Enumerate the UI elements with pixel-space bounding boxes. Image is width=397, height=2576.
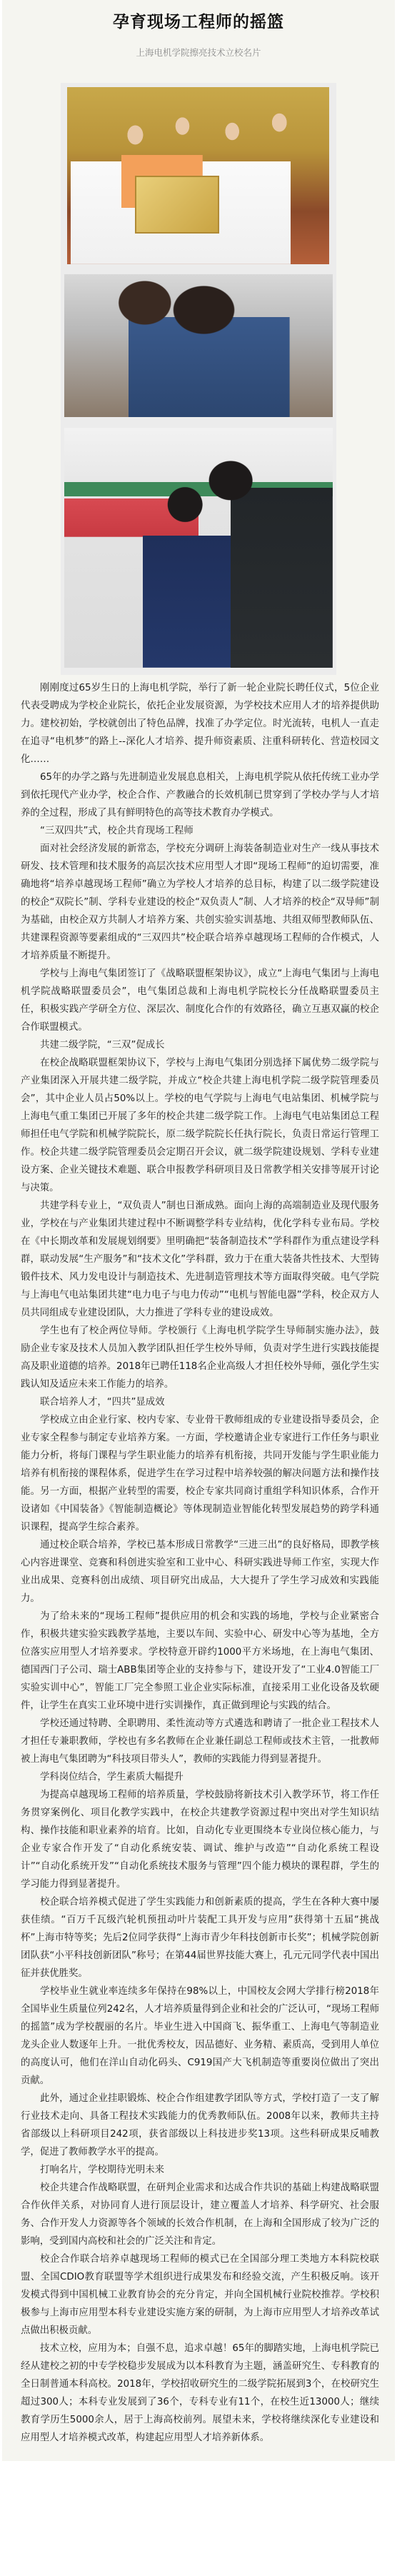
article-body: 刚刚度过65岁生日的上海电机学院，举行了新一轮企业院长聘任仪式，5位企业代表受聘… (2, 679, 395, 2447)
paragraph: 共建学科专业上，“双负责人”制也日渐成熟。面向上海的高端制造业及现代服务业，学校… (21, 1197, 379, 1322)
paragraph: 65年的办学之路与先进制造业发展息息相关，上海电机学院从依托传统工业办学到依托现… (21, 768, 379, 822)
section-heading: 学科岗位结合，学生素质大幅提升 (21, 1768, 379, 1786)
paragraph: 刚刚度过65岁生日的上海电机学院，举行了新一轮企业院长聘任仪式，5位企业代表受聘… (21, 679, 379, 768)
paragraph: 学校还通过特聘、全职聘用、柔性流动等方式遴选和聘请了一批企业工程技术人才担任专兼… (21, 1715, 379, 1768)
paragraph: 此外，通过企业挂职锻炼、校企合作组建教学团队等方式，学校打造了一支了解行业技术走… (21, 2090, 379, 2161)
paragraph: 在校企战略联盟框架协议下，学校与上海电气集团分别选择下属优势二级学院与产业集团深… (21, 1054, 379, 1197)
team-award-photo (67, 87, 329, 264)
paragraph: 技术立校，应用为本；自强不息，追求卓越！65年的脚踏实地，上海电机学院已经从建校… (21, 2340, 379, 2447)
paragraph: 为了给未来的“现场工程师”提供应用的机会和实践的场地，学校与企业紧密合作，积极共… (21, 1608, 379, 1715)
section-heading: 共建二级学院，“三双”促成长 (21, 1036, 379, 1054)
section-heading: “三双四共”式，校企共育现场工程师 (21, 822, 379, 840)
section-heading: 联合培养人才，“四共”显成效 (21, 1393, 379, 1411)
article-title: 孕育现场工程师的摇篮 (2, 0, 395, 34)
paragraph: 为提高卓越现场工程师的培养质量，学校鼓励将新技术引入教学环节，将工作任务贯穿案例… (21, 1786, 379, 1893)
competition-photo (64, 428, 333, 668)
paragraph: 校企共建合作战略联盟，在研判企业需求和达成合作共识的基础上构建战略联盟合作伙伴关… (21, 2179, 379, 2250)
paragraph: 学生也有了校企两位导师。学校颁行《上海电机学院学生导师制实施办法》，鼓励企业专家… (21, 1322, 379, 1393)
paragraph: 学校成立由企业行家、校内专家、专业骨干教师组成的专业建设指导委员会，企业专家全程… (21, 1411, 379, 1536)
paragraph: 校企联合培养模式促进了学生实践能力和创新素质的提高，学生在各种大赛中屡获佳绩。“… (21, 1893, 379, 1983)
paragraph: 学校与上海电气集团签订了《战略联盟框架协议》，成立“上海电气集团与上海电机学院战… (21, 965, 379, 1036)
students-assembling-photo (64, 274, 333, 417)
paragraph: 面对社会经济发展的新常态，学校充分调研上海装备制造业对生产一线从事技术研发、技术… (21, 840, 379, 965)
paragraph: 通过校企联合培养，学校已基本形成日常教学“三进三出”的良好格局，即教学核心内容进… (21, 1536, 379, 1608)
paragraph: 校企合作联合培养卓越现场工程师的模式已在全国部分理工类地方本科院校联盟、全国CD… (21, 2250, 379, 2340)
award-plaque (135, 176, 219, 234)
article-page: 孕育现场工程师的摇篮 上海电机学院擦亮技术立校名片 刚刚度过65岁生日的上海电机… (2, 0, 395, 2461)
photo-gallery (61, 83, 336, 675)
section-heading: 打响名片，学校期待光明未来 (21, 2161, 379, 2179)
article-subtitle: 上海电机学院擦亮技术立校名片 (2, 46, 395, 60)
paragraph: 学校毕业生就业率连续多年保持在98%以上，中国校友会网大学排行榜2018年全国毕… (21, 1983, 379, 2090)
